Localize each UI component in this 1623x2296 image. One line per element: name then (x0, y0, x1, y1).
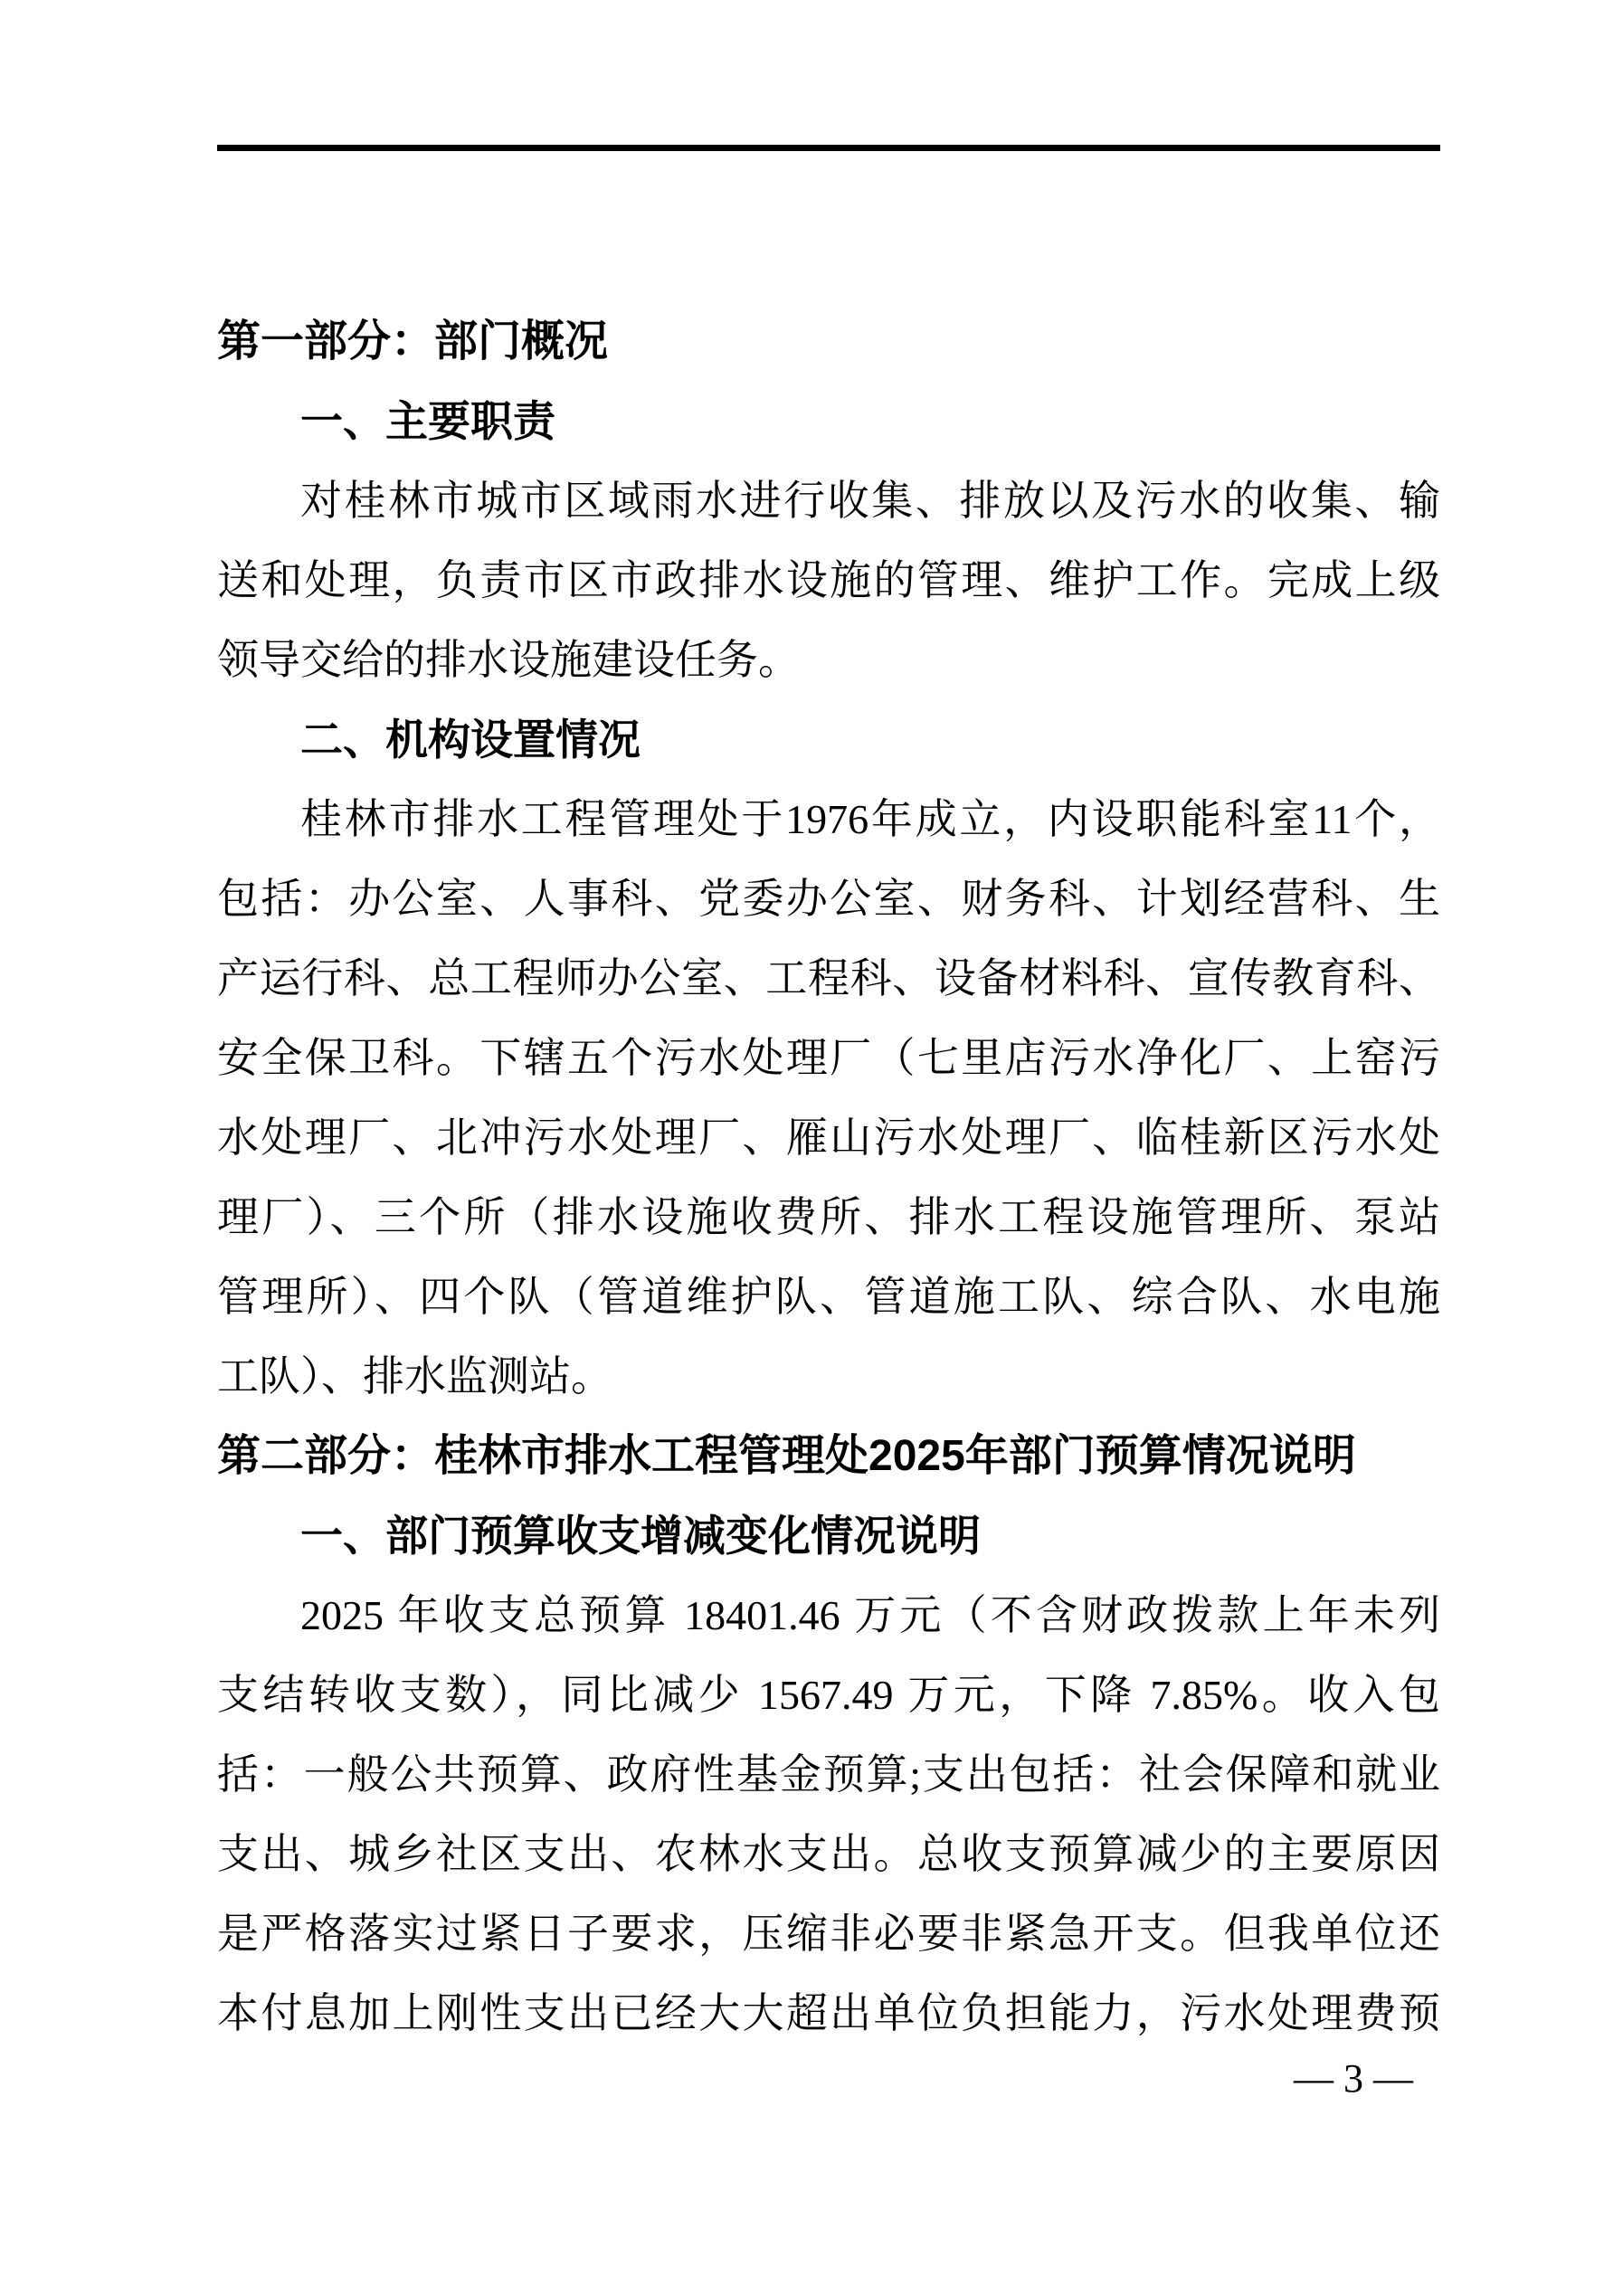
body-line: 括：一般公共预算、政府性基金预算;支出包括：社会保障和就业 (217, 1735, 1440, 1815)
body-line: 工队）、排水监测站。 (217, 1337, 1440, 1417)
body-line: 对桂林市城市区域雨水进行收集、排放以及污水的收集、输 (217, 461, 1440, 541)
body-line: 支结转收支数），同比减少 1567.49 万元，下降 7.85%。收入包 (217, 1656, 1440, 1735)
part1-heading: 第一部分：部门概况 (217, 302, 1440, 382)
page-footer: — 3 — (217, 2052, 1440, 2106)
body-line: 领导交给的排水设施建设任务。 (217, 621, 1440, 700)
part1-section1-heading: 一、主要职责 (217, 382, 1440, 461)
body-line: 安全保卫科。下辖五个污水处理厂（七里店污水净化厂、上窑污 (217, 1019, 1440, 1098)
body-line: 2025 年收支总预算 18401.46 万元（不含财政拨款上年未列 (217, 1576, 1440, 1656)
document-page: 第一部分：部门概况 一、主要职责 对桂林市城市区域雨水进行收集、排放以及污水的收… (0, 0, 1623, 2296)
part2-section1-heading: 一、部门预算收支增减变化情况说明 (217, 1496, 1440, 1576)
body-line: 产运行科、总工程师办公室、工程科、设备材料科、宣传教育科、 (217, 939, 1440, 1019)
body-line: 是严格落实过紧日子要求，压缩非必要非紧急开支。但我单位还 (217, 1894, 1440, 1974)
body-line: 管理所）、四个队（管道维护队、管道施工队、综合队、水电施 (217, 1257, 1440, 1337)
page-number: — 3 — (1294, 2056, 1413, 2101)
body-line: 支出、城乡社区支出、农林水支出。总收支预算减少的主要原因 (217, 1815, 1440, 1894)
body-line: 本付息加上刚性支出已经大大超出单位负担能力，污水处理费预 (217, 1974, 1440, 2054)
document-content: 第一部分：部门概况 一、主要职责 对桂林市城市区域雨水进行收集、排放以及污水的收… (217, 302, 1440, 2054)
body-line: 送和处理，负责市区市政排水设施的管理、维护工作。完成上级 (217, 541, 1440, 621)
body-line: 理厂）、三个所（排水设施收费所、排水工程设施管理所、泵站 (217, 1178, 1440, 1257)
body-line: 水处理厂、北冲污水处理厂、雁山污水处理厂、临桂新区污水处 (217, 1098, 1440, 1178)
body-line: 包括：办公室、人事科、党委办公室、财务科、计划经营科、生 (217, 859, 1440, 939)
part2-heading: 第二部分：桂林市排水工程管理处2025年部门预算情况说明 (217, 1417, 1440, 1496)
part1-section2-heading: 二、机构设置情况 (217, 700, 1440, 780)
body-line: 桂林市排水工程管理处于1976年成立，内设职能科室11个， (217, 780, 1440, 859)
header-rule (217, 145, 1440, 151)
